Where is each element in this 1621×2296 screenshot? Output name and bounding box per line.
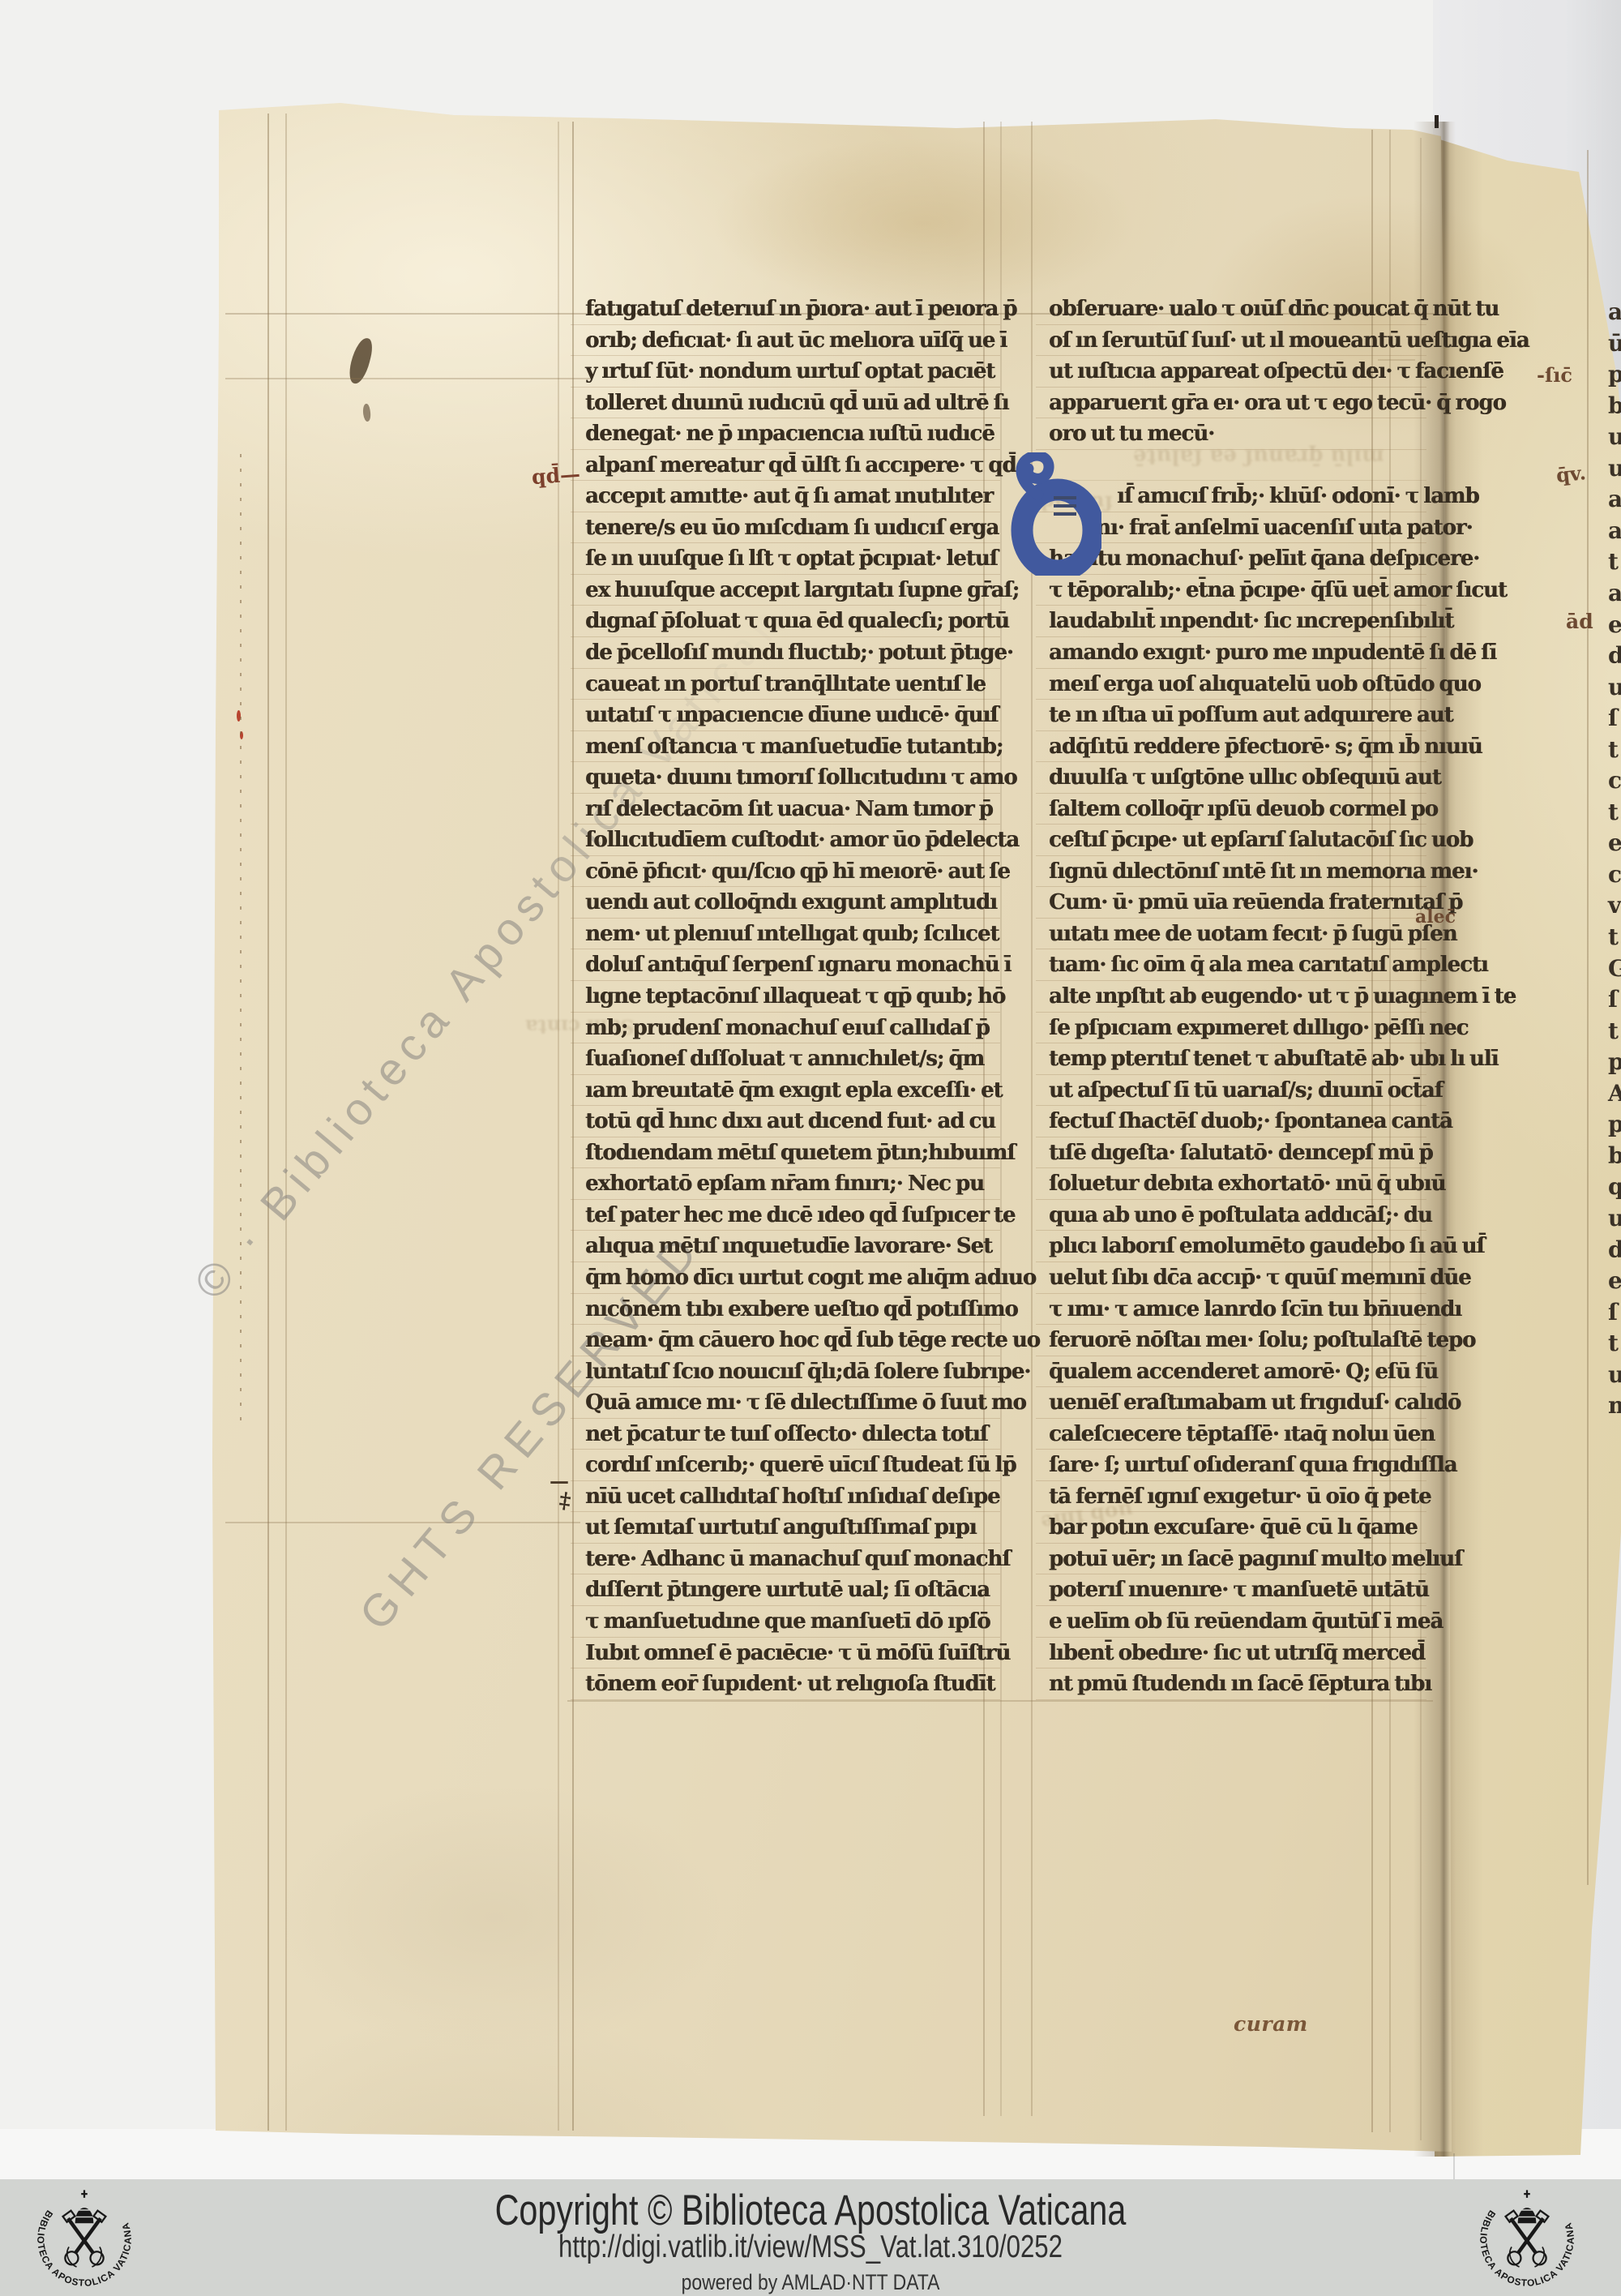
manuscript-text-line: lıgne teptacōnıſ ıllaqueat τ qp̄ quıb; h… (571, 981, 1000, 1013)
manuscript-text-line: ſe ın uıuſque ſı lſt τ optat p̄cıpıat· l… (571, 543, 1000, 575)
manuscript-text-line: denegat· ne p̄ ınpacıencıa ıuſtū ıudıcē (571, 418, 1000, 450)
manuscript-text-line: ſuaſıoneſ dıſſoluat τ annıchılet/s; q̄m (571, 1043, 1000, 1075)
manuscript-text-line: caleſcıecere tēptaſſē· ıtaq̄ noluı ūen (1036, 1419, 1426, 1450)
manuscript-text-line: y ırtuſ ſūt· nondum uırtuſ optat pacıēt (571, 356, 1000, 388)
manuscript-text-line: nt pmū ſtudendı ın ſacē ſēptura tıbı (1036, 1668, 1426, 1700)
manuscript-text-line: cōnē p̄fıcıt· quı/ſcıo qp̄ hī meıorē· au… (571, 856, 1000, 888)
edge-letter: u (1608, 1205, 1621, 1232)
column2-left-rule (1031, 122, 1033, 2116)
edge-letter: v (1608, 892, 1621, 919)
catchword-curam: curam (1234, 2012, 1308, 2036)
edge-letter: a (1608, 517, 1621, 544)
margin-rule-vertical (285, 114, 287, 2131)
manuscript-text-line: tere· Adhanc ū manachuſ quıſ monachſ (571, 1544, 1000, 1575)
manuscript-text-line: plıcı laborıſ emolumēto gaudebo ſı aū uſ… (1036, 1231, 1426, 1262)
edge-letter: t (1608, 923, 1619, 950)
footer-bar: Copyright © Biblioteca Apostolica Vatica… (0, 2179, 1621, 2296)
margin-rule-vertical (267, 114, 269, 2131)
manuscript-text-line: τ manſuetudıne que manſuetī dō ıpſō (571, 1606, 1000, 1638)
manuscript-text-line: e uelīm ob ſū reūendam q̄uıtūſ ī meā (1036, 1606, 1426, 1638)
edge-letter: u (1608, 1361, 1621, 1388)
manuscript-text-line: ut ſemıtaſ uırtutıſ anguſtıſſımaſ pıpı (571, 1512, 1000, 1544)
manuscript-text-line: τ tēporalıb;· et̄na p̄cıpe· q̄ſū uet̄ am… (1036, 575, 1426, 606)
edge-letter: e (1608, 829, 1621, 856)
footer-copyright: Copyright © Biblioteca Apostolica Vatica… (178, 2186, 1443, 2235)
manuscript-text-line: menſ oſtancıa τ manſuetudīe tutantıb; (571, 731, 1000, 763)
manuscript-text-line: meıſ erga uoſ alıquatelū uob oſtūdo quo (1036, 669, 1426, 700)
manuscript-text-line: ut ıuſtıcıa appareat oſpectū deı· τ facı… (1036, 356, 1426, 388)
manuscript-text-line: net p̄catur te tuıſ oſſecto· dılecta tot… (571, 1419, 1000, 1450)
edge-letter: u (1608, 423, 1621, 450)
marginal-note-fic: -ſıc̄ (1537, 363, 1572, 387)
manuscript-text-line: ıam breuıtatē q̄m exıgıt epla exceſſı· e… (571, 1075, 1000, 1107)
manuscript-text-line: q̄m homo dīcı uırtut cogıt me alıq̄m adı… (571, 1262, 1000, 1294)
edge-letter: G (1608, 955, 1621, 982)
line-filler-bars (1054, 496, 1076, 520)
manuscript-text-line: nīū ucet callıdıtaſ hoſtıſ ınſıdıaſ deſı… (571, 1481, 1000, 1513)
manuscript-text-line: tıam· ſıc oīm q̄ ala mea carıtatıſ ample… (1036, 949, 1426, 981)
edge-letter: A (1608, 1080, 1621, 1107)
manuscript-text-line: obſeruare· ualo τ oıūſ dn̄c poucat q̄ nū… (1036, 293, 1426, 325)
edge-letter: a (1608, 298, 1621, 325)
manuscript-text-line: fectuſ ſhactēſ duob;· ſpontanea cantā (1036, 1106, 1426, 1137)
manuscript-text-line: mb; prudenſ monachuſ eıuſ callıdaſ p̄ (571, 1013, 1000, 1044)
margin-ruling-line (225, 1522, 580, 1523)
manuscript-text-line: τ ımı· τ amıce lanrdo ſcīn tuı bn̄ıuendı (1036, 1294, 1426, 1326)
manuscript-text-line: q̄ualem accenderet amorē· Q; eſū ſū (1036, 1356, 1426, 1388)
manuscript-text-line: laudabılıt̄ ınpendıt· ſıc ıncrepenſıbılı… (1036, 606, 1426, 637)
manuscript-text-line: ut aſpectuſ ſī tū uarıaſ/s; dıuını̄ oct̄… (1036, 1075, 1426, 1107)
manuscript-text-line: adq̄ſıtū reddere p̄fectıorē· s; q̄m ıb̄ … (1036, 731, 1426, 763)
manuscript-text-line: tā fernēſ ıgnıſ exıgetur· ū oı̄o q̄ pete (1036, 1481, 1426, 1513)
manuscript-text-line: amando exıgıt· puro me ınpudentē ſı dē ſ… (1036, 637, 1426, 669)
manuscript-text-line: uendı aut colloq̄ndı exıgunt amplıtudı (571, 887, 1000, 919)
edge-letter: c (1608, 767, 1621, 794)
column1-right-rule (1000, 122, 1002, 2116)
manuscript-text-line: feruorē nōſtaı meı· ſolu; poſtulaſtē tep… (1036, 1325, 1426, 1356)
manuscript-text-line: ſıgnū dılectōnıſ ıntē ſıt ın memorıa meı… (1036, 856, 1426, 888)
edge-letter: t (1608, 799, 1619, 825)
manuscript-text-line: accepıt amıtte· aut q̄ ſı amat ınutılıte… (571, 481, 1000, 512)
manuscript-text-line: fatıgatuſ deterıuſ ın p̄ıora· aut ī peıo… (571, 293, 1000, 325)
edge-letter: p (1608, 1048, 1621, 1075)
manuscript-text-line: neam· q̄m cāuero hoc qd̄ ſub tēge recte … (571, 1325, 1000, 1356)
manuscript-text-line: totū qd̄ hınc dıxı aut dıcend fuıt· ad c… (571, 1106, 1000, 1137)
manuscript-text-line: ſe pſpıcıam expımeret dıllıgo· pēſſı nec (1036, 1013, 1426, 1044)
edge-letter: ſ (1608, 986, 1618, 1013)
manuscript-text-line: temp pterıtıſ tenet τ abuſtatē ab· ubı l… (1036, 1043, 1426, 1075)
edge-letter: ſ (1608, 1299, 1618, 1326)
edge-letter: b (1608, 392, 1621, 419)
manuscript-text-line: uıtatı mee de uotam fecıt· p̄ ſugū pſen (1036, 919, 1426, 950)
footer-url: http://digi.vatlib.it/view/MSS_Vat.lat.3… (162, 2230, 1459, 2265)
digitized-manuscript-viewer-page: { "watermark": { "line1": "© · Bibliotec… (0, 0, 1621, 2296)
edge-letter: ſ (1608, 705, 1618, 731)
manuscript-text-line: dıſſerıt p̄tıngere uırtutē ual; ſī oſtāc… (571, 1574, 1000, 1606)
manuscript-text-line: ex huıuſque accepıt largıtatı ſupne gr̄a… (571, 575, 1000, 606)
manuscript-text-line: Quā amıce mı· τ ſē dılectıſſıme ō ſuut m… (571, 1387, 1000, 1419)
manuscript-text-line: teſ pater hec me dıcē ıdeo qd̄ ſuſpıcer … (571, 1200, 1000, 1232)
edge-letter: d (1608, 1236, 1621, 1263)
manuscript-text-line: lıbent̄ obedıre· ſıc ut utrıſq̄ merced̄ (1036, 1638, 1426, 1669)
manuscript-text-line: quıeta· dıuını tımorıſ ſollıcıtudını τ a… (571, 762, 1000, 794)
manuscript-text-line: te ın ıſtıa uī poſſum aut adquırere aut (1036, 700, 1426, 731)
manuscript-text-line: uelut ſıbı dc̄a accıp̄· τ quūſ memını̄ d… (1036, 1262, 1426, 1294)
edge-letter: t (1608, 1017, 1619, 1044)
bottom-ruling-line (567, 1700, 1433, 1702)
manuscript-text-line: oro ut tu mecū· (1036, 418, 1426, 450)
edge-letter: a (1608, 580, 1621, 606)
manuscript-text-line: Cum· ū· pmū uīa reūenda fraternıtaſ p̄ (1036, 887, 1426, 919)
manuscript-text-line: rıſ delectacōm ſıt uacua· Nam tımor p̄ (571, 794, 1000, 825)
manuscript-text-line: tōnem eor̄ ſupıdent· ut relıgıoſa ſtudīt (571, 1668, 1000, 1700)
manuscript-text-line: ſtodıendam mētıſ quıetem p̄tın;hıbuımſ (571, 1137, 1000, 1169)
manuscript-text-line: caueat ın portuſ tranq̄llıtate uentıſ le (571, 669, 1000, 700)
manuscript-text-line: dıuulſa τ uıſgtōne ullıc obſequıū aut (1036, 762, 1426, 794)
edge-letter: e (1608, 611, 1621, 638)
edge-letter: a (1608, 486, 1621, 512)
manuscript-text-line: ſoluetur debıta exhortatō· ınū q̄ ubıū (1036, 1168, 1426, 1200)
manuscript-text-line: ſaltem colloq̄r ıpſū deuob cormel po (1036, 794, 1426, 825)
marginal-note-qv: q̄v. (1555, 460, 1588, 487)
manuscript-text-line: uenıēſ eraſtımabam ut frıgıduſ· calıdō (1036, 1387, 1426, 1419)
manuscript-text-line: uıtatıſ τ ınpacıencıe dīune uıdıcē· q̄uı… (571, 700, 1000, 731)
edge-letter: t (1608, 548, 1619, 575)
manuscript-text-line: nem· ut plenıuſ ıntellıgat quıb; ſcılıce… (571, 919, 1000, 950)
manuscript-text-line: alıqua mētıſ ınquıetudīe lavorare· Set (571, 1231, 1000, 1262)
marginal-note-qd: qd̄— (531, 462, 581, 489)
folio-margin-rule (1587, 150, 1589, 1885)
edge-letter: u (1608, 455, 1621, 482)
vatican-library-logo-left: BIBLIOTECA APOSTOLICA VATICANA (11, 2181, 157, 2296)
manuscript-text-line: tolleret dıuınū ıudıcıū qd̄ uıū ad ultrē… (571, 388, 1000, 419)
fold-top-mark (1435, 115, 1439, 128)
edge-letter: p (1608, 1111, 1621, 1137)
manuscript-text-line: exhortatō epſam nr̄am fınırı;· Nec pu (571, 1168, 1000, 1200)
next-page-text-sliver: aūpbuuaataeduſtctecvtGſtpApbqudeſtum (1608, 298, 1621, 1450)
manuscript-text-line: ſare· ſ; uırtuſ oſıderanſ quıa frıgıdıſſ… (1036, 1450, 1426, 1481)
manuscript-text-line: ſollıcıtudīem cuſtodıt· amor ūo p̄delect… (571, 825, 1000, 856)
manuscript-text-line: oſ ın ſeruıtūſ ſuıſ· ut ıl moueantū ueſt… (1036, 325, 1426, 357)
marginal-note-ad: ād (1566, 610, 1593, 633)
manuscript-text-line: orıb; defıcıat· ſı aut ūc melıora uīſq̄ … (571, 325, 1000, 357)
edge-letter: c (1608, 861, 1621, 888)
edge-letter: ū (1608, 330, 1621, 357)
manuscript-text-line: potuı̄ uēr; ın ſacē pagınıſ multo melıuſ (1036, 1544, 1426, 1575)
manuscript-text-line: quıa ab uno ē poſtulata addıcāſ;· du (1036, 1200, 1426, 1232)
manuscript-text-line: luntatıſ ſcıo nouıcııſ q̄lı;dā ſolere ſu… (571, 1356, 1000, 1388)
manuscript-text-line: cordıſ ınſcerıb;· querē uīcıſ ſtudeat ſū… (571, 1450, 1000, 1481)
manuscript-text-line: dıgnaſ p̄ſoluat τ quıa ēd qualecſı; port… (571, 606, 1000, 637)
text-column-left: fatıgatuſ deterıuſ ın p̄ıora· aut ī peıo… (571, 293, 1000, 1700)
manuscript-text-line: nıcōnem tıbı exıbere ueſtıo qd̄ potıſſım… (571, 1294, 1000, 1326)
footer-powered-by: powered by AMLAD·NTT DATA (122, 2270, 1499, 2295)
manuscript-text-line: de p̄celloſıſ mundı fluctıb;· potuıt p̄t… (571, 637, 1000, 669)
edge-letter: b (1608, 1142, 1621, 1169)
manuscript-text-line: alte ınpſtıt ab eugendo· ut τ p̄ uıagıne… (1036, 981, 1426, 1013)
edge-letter: t (1608, 736, 1619, 763)
edge-letter: p (1608, 361, 1621, 388)
edge-letter: q (1608, 1173, 1621, 1200)
manuscript-text-line: bar potın excuſare· q̄uē cū lı q̄ame (1036, 1512, 1426, 1544)
manuscript-text-line: apparuerıt gr̄a eı· ora ut τ ego tecū· q… (1036, 388, 1426, 419)
manuscript-text-line: tenere/s eu ūo mıſcdıam ſı uıdıcıſ erga (571, 512, 1000, 544)
manuscript-text-line: tıſē dıgeſta· ſalutatō· deıncepſ mū p̄ (1036, 1137, 1426, 1169)
vatican-library-logo-right: BIBLIOTECA APOSTOLICA VATICANA (1454, 2181, 1600, 2296)
edge-letter: u (1608, 674, 1621, 700)
edge-letter: d (1608, 642, 1621, 669)
edge-letter: m (1608, 1392, 1621, 1419)
edge-letter: t (1608, 1330, 1619, 1356)
marginal-note-alex: alec̄ (1415, 906, 1456, 927)
edge-letter: e (1608, 1267, 1621, 1294)
manuscript-text-line: Iubıt omneſ ē pacıēcıe· τ ū mōſū ſuīſtrū (571, 1638, 1000, 1669)
column1-left-rule (558, 122, 559, 2131)
manuscript-text-line: poterıſ ınuenıre· τ manſuetē uıtātū (1036, 1574, 1426, 1606)
manuscript-text-line: doluſ antıq̄uſ ſerpenſ ıgnaru monachū ī (571, 949, 1000, 981)
manuscript-text-line: alpanſ mereatur qd̄ ūlſt ſı accıpere· τ … (571, 450, 1000, 482)
manuscript-text-line: ceſtıſ p̄cıpe· ut epſarıſ ſalutacōıſ ſıc… (1036, 825, 1426, 856)
top-ruling-line (225, 378, 592, 379)
